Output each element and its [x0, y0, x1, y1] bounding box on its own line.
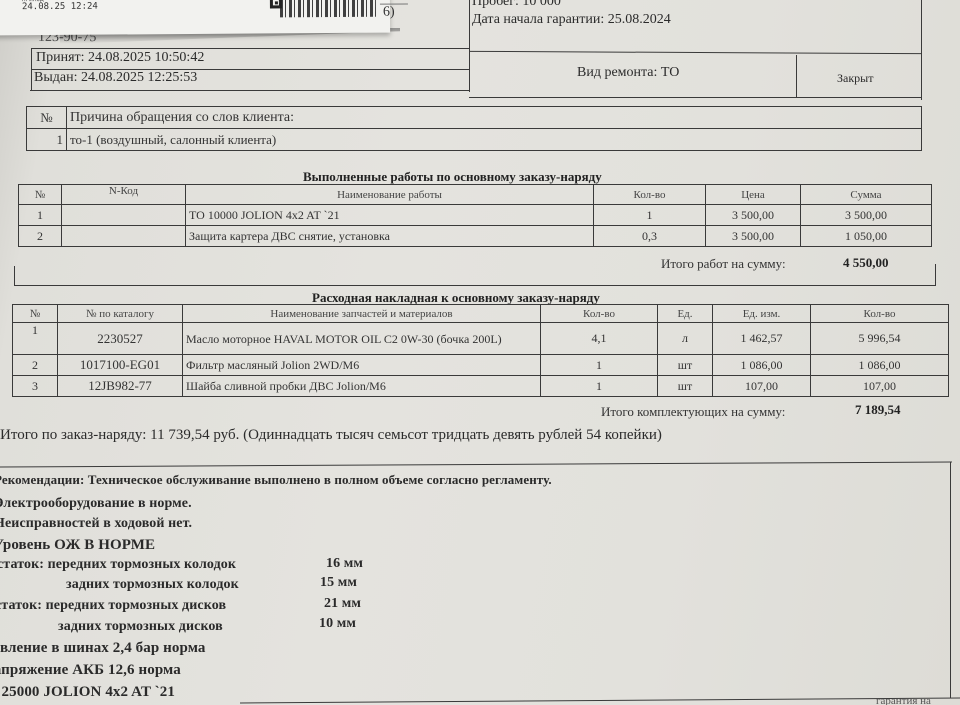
part-unit-price: 107,00 — [713, 376, 811, 397]
part-sum: 1 086,00 — [811, 355, 949, 376]
works-table: № N-Код Наименование работы Кол-во Цена … — [18, 184, 932, 247]
recommendation-line: Напряжение АКБ 12,6 норма — [0, 662, 181, 679]
wear-label: Остаток: передних тормозных колодок — [0, 557, 236, 573]
recommendation-line: Давление в шинах 2,4 бар норма — [0, 640, 206, 657]
works-header-row: № N-Код Наименование работы Кол-во Цена … — [19, 185, 932, 205]
divider — [32, 48, 470, 49]
wear-label: задних тормозных колодок — [66, 577, 239, 593]
recommendation-line: Неисправностей в ходовой нет. — [0, 516, 192, 532]
parts-row: 2 1017100-EG01 Фильтр масляный Jolion 2W… — [13, 355, 949, 376]
complaint-row: 1 то-1 (воздушный, салонный клиента) — [27, 129, 922, 151]
works-total-label: Итого работ на сумму: — [661, 256, 786, 272]
complaint-table: № Причина обращения со слов клиента: 1 т… — [26, 106, 922, 151]
work-qty: 0,3 — [594, 226, 706, 247]
col-catalog: № по каталогу — [58, 305, 183, 323]
divider — [469, 97, 922, 98]
border — [950, 462, 951, 698]
col-part-name: Наименование запчастей и материалов — [183, 305, 541, 323]
footer-partial: гарантия на — [876, 695, 931, 705]
wear-value: 21 мм — [324, 596, 361, 612]
complaint-num: 1 — [27, 129, 67, 151]
part-num: 3 — [13, 376, 58, 397]
warranty-start: Дата начала гарантии: 25.08.2024 — [472, 12, 671, 28]
part-unit: шт — [658, 376, 713, 397]
complaint-text: то-1 (воздушный, салонный клиента) — [67, 129, 922, 151]
recommendation-line: ТО 25000 JOLION 4x2 AT `21 — [0, 684, 175, 701]
part-num: 1 — [13, 323, 58, 355]
part-catalog: 1017100-EG01 — [58, 355, 183, 376]
parts-total-value: 7 189,54 — [855, 402, 901, 418]
recommendation-line: Электрооборудование в норме. — [0, 496, 192, 512]
part-sum: 107,00 — [811, 376, 949, 397]
grand-total: Итого по заказ-наряду: 11 739,54 руб. (О… — [0, 427, 662, 444]
wear-value: 16 мм — [326, 556, 363, 572]
recommendation-line: Уровень ОЖ В НОРМЕ — [0, 537, 155, 554]
col-sum: Сумма — [801, 185, 932, 205]
work-num: 2 — [19, 226, 62, 247]
receipt-sticker: ПРИХОД 24.08.25 12:24 6) — [0, 0, 390, 35]
sticker-note: 6) — [383, 5, 395, 21]
col-num: № — [19, 185, 62, 205]
mileage: Пробег: 10 000 — [472, 0, 561, 10]
work-price: 3 500,00 — [706, 226, 801, 247]
work-num: 1 — [19, 205, 62, 226]
work-name: ТО 10000 JOLION 4x2 AT `21 — [186, 205, 594, 226]
accepted-datetime: Принят: 24.08.2025 10:50:42 — [36, 50, 204, 66]
work-sum: 1 050,00 — [801, 226, 932, 247]
sticker-datetime: 24.08.25 12:24 — [22, 2, 98, 13]
divider — [240, 697, 960, 703]
divider — [14, 285, 936, 286]
part-unit-price: 1 086,00 — [713, 355, 811, 376]
complaint-header-row: № Причина обращения со слов клиента: — [27, 107, 922, 129]
service-order-document: ПРИХОД 24.08.25 12:24 6) 123-90-75 Приня… — [0, 0, 960, 705]
part-name: Масло моторное HAVAL MOTOR OIL C2 0W-30 … — [183, 323, 541, 355]
border — [14, 266, 15, 286]
part-sum: 5 996,54 — [811, 323, 949, 355]
work-price: 3 500,00 — [706, 205, 801, 226]
col-price: Цена — [706, 185, 801, 205]
col-qty: Кол-во — [541, 305, 658, 323]
part-name: Фильтр масляный Jolion 2WD/M6 — [183, 355, 541, 376]
part-num: 2 — [13, 355, 58, 376]
col-unit-price: Ед. изм. — [713, 305, 811, 323]
wear-label: Остаток: передних тормозных дисков — [0, 598, 226, 614]
parts-total-label: Итого комплектующих на сумму: — [601, 404, 785, 420]
part-catalog: 2230527 — [58, 323, 183, 355]
parts-header-row: № № по каталогу Наименование запчастей и… — [13, 305, 949, 323]
part-qty: 4,1 — [541, 323, 658, 355]
parts-row: 1 2230527 Масло моторное HAVAL MOTOR OIL… — [13, 323, 949, 355]
wear-label: задних тормозных дисков — [58, 619, 223, 635]
part-qty: 1 — [541, 355, 658, 376]
col-qty: Кол-во — [594, 185, 706, 205]
border — [796, 55, 797, 97]
repair-type: Вид ремонта: ТО — [577, 65, 679, 81]
part-catalog: 12JB982-77 — [58, 376, 183, 397]
parts-table: № № по каталогу Наименование запчастей и… — [12, 304, 949, 397]
col-code: N-Код — [62, 185, 186, 205]
works-row: 2 Защита картера ДВС снятие, установка 0… — [19, 226, 932, 247]
work-code — [62, 226, 186, 247]
divider — [30, 90, 470, 91]
col-unit: Ед. — [658, 305, 713, 323]
part-qty: 1 — [541, 376, 658, 397]
wear-value: 10 мм — [319, 616, 356, 632]
divider — [469, 51, 921, 54]
part-unit-price: 1 462,57 — [713, 323, 811, 355]
part-unit: л — [658, 323, 713, 355]
divider — [0, 462, 952, 468]
part-name: Шайба сливной пробки ДВС Jolion/M6 — [183, 376, 541, 397]
col-reason: Причина обращения со слов клиента: — [67, 107, 922, 129]
border — [31, 48, 32, 90]
col-num: № — [27, 107, 67, 129]
col-sum: Кол-во — [811, 305, 949, 323]
works-title: Выполненные работы по основному заказу-н… — [303, 169, 602, 185]
col-work-name: Наименование работы — [186, 185, 594, 205]
parts-row: 3 12JB982-77 Шайба сливной пробки ДВС Jo… — [13, 376, 949, 397]
border — [935, 264, 936, 285]
part-unit: шт — [658, 355, 713, 376]
qr-code — [280, 0, 376, 17]
border — [921, 0, 922, 100]
work-name: Защита картера ДВС снятие, установка — [186, 226, 594, 247]
works-total-value: 4 550,00 — [843, 255, 889, 271]
work-qty: 1 — [594, 205, 706, 226]
border — [469, 0, 470, 92]
col-num: № — [13, 305, 58, 323]
recommendation-line: Рекомендации: Техническое обслуживание в… — [0, 472, 552, 488]
issued-datetime: Выдан: 24.08.2025 12:25:53 — [34, 70, 197, 86]
work-code — [62, 205, 186, 226]
work-sum: 3 500,00 — [801, 205, 932, 226]
order-status: Закрыт — [837, 71, 873, 86]
wear-value: 15 мм — [320, 575, 357, 591]
works-row: 1 ТО 10000 JOLION 4x2 AT `21 1 3 500,00 … — [19, 205, 932, 226]
